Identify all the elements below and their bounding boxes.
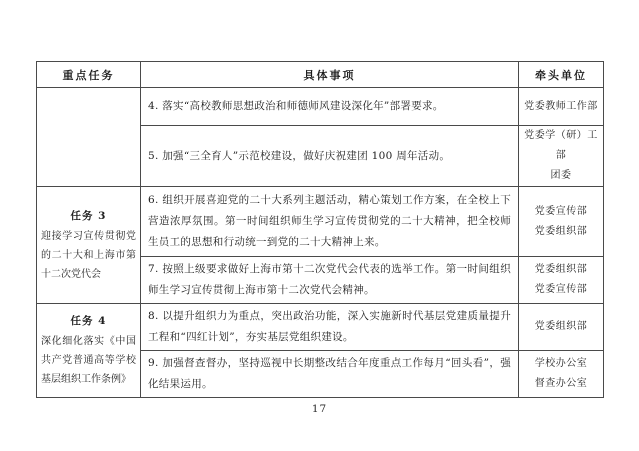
unit-cell: 学校办公室 督查办公室 <box>519 351 604 398</box>
document-page: 重点任务 具体事项 牵头单位 4. 落实“高校教师思想政治和师德师风建设深化年”… <box>0 0 639 451</box>
table-row: 任务 4 深化细化落实《中国共产党普通高等学校基层组织工作条例》 8. 以提升组… <box>37 304 604 351</box>
tasks-table: 重点任务 具体事项 牵头单位 4. 落实“高校教师思想政治和师德师风建设深化年”… <box>36 61 604 398</box>
page-number: 17 <box>0 403 639 415</box>
unit-cell: 党委组织部 <box>519 304 604 351</box>
item-cell: 6. 组织开展喜迎党的二十大系列主题活动，精心策划工作方案，在全校上下营造浓厚氛… <box>141 187 519 257</box>
unit-line: 党委学（研）工部 <box>520 126 602 166</box>
unit-line: 党委宣传部 <box>520 280 602 300</box>
unit-line: 党委组织部 <box>520 260 602 280</box>
table-row: 4. 落实“高校教师思想政治和师德师风建设深化年”部署要求。 党委教师工作部 <box>37 88 604 126</box>
column-header-specific-items: 具体事项 <box>141 62 519 88</box>
task-label: 任务 3 <box>41 207 136 226</box>
item-cell: 9. 加强督查督办，坚持巡视中长期整改结合年度重点工作每月“回头看”，强化结果运… <box>141 351 519 398</box>
unit-cell: 党委教师工作部 <box>519 88 604 126</box>
unit-cell: 党委组织部 党委宣传部 <box>519 257 604 304</box>
item-cell: 5. 加强“三全育人”示范校建设，做好庆祝建团 100 周年活动。 <box>141 126 519 187</box>
unit-line: 党委教师工作部 <box>520 97 602 117</box>
task-label: 任务 4 <box>41 312 136 331</box>
task-cell-task3: 任务 3 迎接学习宣传贯彻党的二十大和上海市第十二次党代会 <box>37 187 141 304</box>
column-header-lead-unit: 牵头单位 <box>519 62 604 88</box>
column-header-key-tasks: 重点任务 <box>37 62 141 88</box>
unit-line: 团委 <box>520 166 602 186</box>
unit-line: 党委组织部 <box>520 222 602 242</box>
task-cell-task4: 任务 4 深化细化落实《中国共产党普通高等学校基层组织工作条例》 <box>37 304 141 398</box>
unit-cell: 党委宣传部 党委组织部 <box>519 187 604 257</box>
unit-line: 学校办公室 <box>520 354 602 374</box>
task-cell-empty <box>37 88 141 187</box>
table-row: 任务 3 迎接学习宣传贯彻党的二十大和上海市第十二次党代会 6. 组织开展喜迎党… <box>37 187 604 257</box>
unit-line: 党委组织部 <box>520 317 602 337</box>
item-cell: 4. 落实“高校教师思想政治和师德师风建设深化年”部署要求。 <box>141 88 519 126</box>
table-header-row: 重点任务 具体事项 牵头单位 <box>37 62 604 88</box>
unit-cell: 党委学（研）工部 团委 <box>519 126 604 187</box>
task-description: 迎接学习宣传贯彻党的二十大和上海市第十二次党代会 <box>41 227 136 284</box>
unit-line: 党委宣传部 <box>520 202 602 222</box>
item-cell: 8. 以提升组织力为重点，突出政治功能，深入实施新时代基层党建质量提升工程和“四… <box>141 304 519 351</box>
unit-line: 督查办公室 <box>520 374 602 394</box>
task-description: 深化细化落实《中国共产党普通高等学校基层组织工作条例》 <box>41 332 136 389</box>
item-cell: 7. 按照上级要求做好上海市第十二次党代会代表的选举工作。第一时间组织师生学习宣… <box>141 257 519 304</box>
